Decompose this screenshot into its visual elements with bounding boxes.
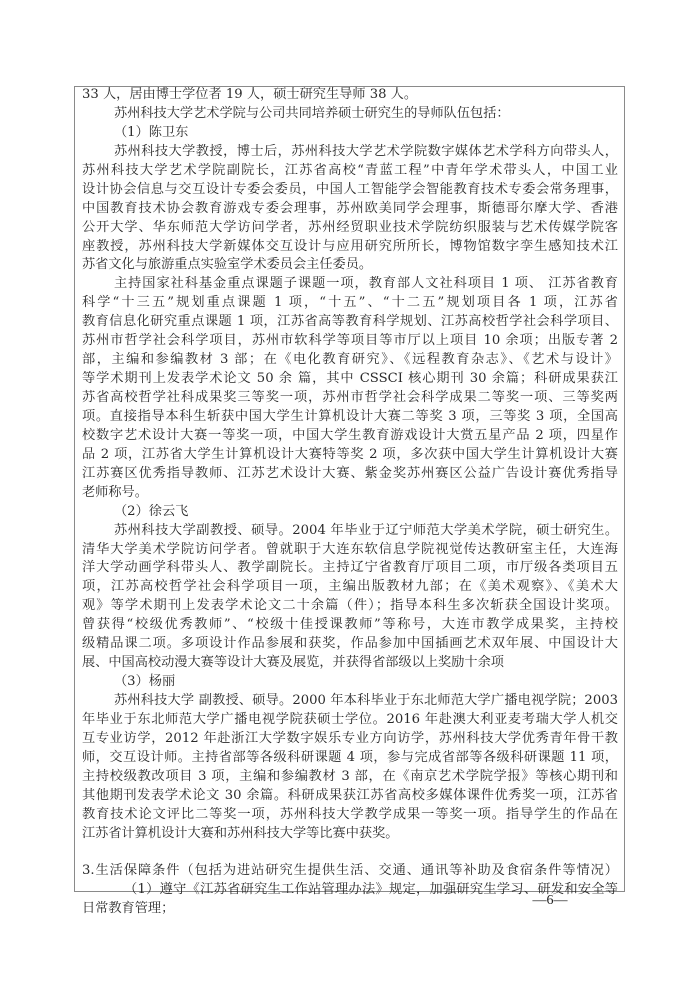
document-body: 33 人，居由博士学位者 19 人，硕士研究生导师 38 人。 苏州科技大学艺术… — [82, 86, 618, 919]
text-line: 校数字艺术设计大赛一等奖一项，中国大学生教育游戏设计大赏五星产品 2 项，四星作 — [82, 427, 618, 446]
text-line: 苏州科技大学副教授、硕导。2004 年毕业于辽宁师范大学美术学院，硕士研究生。 — [82, 522, 618, 541]
section-heading-3: 3.生活保障条件（包括为进站研究生提供生活、交通、通讯等补助及食宿条件等情况） — [82, 862, 618, 881]
text-line: 公开大学、华东师范大学访问学者，苏州经贸职业技术学院纺织服装与艺术传媒学院客 — [82, 219, 618, 238]
text-line: 教育信息化研究重点课题 1 项，江苏省高等教育科学规划、江苏高校哲学社会科学项目… — [82, 313, 618, 332]
text-line: 部，主编和参编教材 3 部；在《电化教育研究》、《远程教育杂志》、《艺术与设计》 — [82, 351, 618, 370]
text-line: 座教授，苏州科技大学新媒体交互设计与应用研究所所长，博物馆数字孪生感知技术江 — [82, 238, 618, 257]
text-line: 互专业访学，2012 年赴浙江大学数字娱乐专业方向访学，苏州科技大学优秀青年骨干… — [82, 730, 618, 749]
text-line: 苏省高校哲学社科成果奖三等奖一项，苏州市哲学社会科学成果二等奖一项、三等奖两 — [82, 389, 618, 408]
page-number: —6— — [520, 893, 580, 909]
text-line: 等学术期刊上发表学术论文 50 余 篇，其中 CSSCI 核心期刊 30 余篇；… — [82, 370, 618, 389]
text-line: 中国教育技术协会教育游戏专委会理事，苏州欧美同学会理事，斯德哥尔摩大学、香港 — [82, 200, 618, 219]
mentor-heading-3: （3）杨丽 — [82, 673, 618, 692]
mentor-heading-1: （1）陈卫东 — [82, 124, 618, 143]
text-line: 苏州科技大学艺术学院与公司共同培养硕士研究生的导师队伍包括： — [82, 105, 618, 124]
text-line: 主持国家社科基金重点课题子课题一项，教育部人文社科项目 1 项、 江苏省教育 — [82, 275, 618, 294]
text-line: 年毕业于东北师范大学广播电视学院获硕士学位。2016 年赴澳大利亚麦考瑞大学人机… — [82, 711, 618, 730]
blank-line — [82, 844, 618, 863]
text-line: 苏州市哲学社会科学项目，苏州市软科学等项目等市厅以上项目 10 余项；出版专著 … — [82, 332, 618, 351]
text-line: 苏州科技大学 副教授、硕导。2000 年本科毕业于东北师范大学广播电视学院；20… — [82, 692, 618, 711]
text-line: 老师称号。 — [82, 484, 618, 503]
text-line: 主持校级教改项目 3 项，主编和参编教材 3 部，在《南京艺术学院学报》等核心期… — [82, 768, 618, 787]
mentor-heading-2: （2）徐云飞 — [82, 503, 618, 522]
text-line: 江苏赛区优秀指导教师、江苏艺术设计大赛、紫金奖苏州赛区公益广告设计赛优秀指导 — [82, 465, 618, 484]
text-line: 其他期刊发表学术论文 30 余篇。科研成果获江苏省高校多媒体课件优秀奖一项，江苏… — [82, 787, 618, 806]
text-line: 级精品课二项。多项设计作品参展和获奖，作品参加中国插画艺术双年展、中国设计大 — [82, 635, 618, 654]
text-line: 项，江苏高校哲学社会科学项目一项，主编出版教材九部；在《美术观察》、《美术大 — [82, 578, 618, 597]
text-line: 设计协会信息与交互设计专委会委员，中国人工智能学会智能教育技术专委会常务理事， — [82, 181, 618, 200]
text-line: 苏州科技大学教授，博士后，苏州科技大学艺术学院数字媒体艺术学科方向带头人， — [82, 143, 618, 162]
text-line: 教育技术论文评比二等奖一项，苏州科技大学教学成果一等奖一项。指导学生的作品在 — [82, 806, 618, 825]
text-line: 品 2 项，江苏省大学生计算机设计大赛特等奖 2 项，多次获中国大学生计算机设计… — [82, 446, 618, 465]
text-line: 洋大学动画学科带头人、教学副院长。主持辽宁省教育厅项目二项，市厅级各类项目五 — [82, 559, 618, 578]
text-line: 苏省文化与旅游重点实验室学术委员会主任委员。 — [82, 256, 618, 275]
text-line: 苏州科技大学艺术学院副院长，江苏省高校“青蓝工程”中青年学术带头人，中国工业 — [82, 162, 618, 181]
text-line: 江苏省计算机设计大赛和苏州科技大学等比赛中获奖。 — [82, 825, 618, 844]
text-line: 清华大学美术学院访问学者。曾就职于大连东软信息学院视觉传达教研室主任，大连海 — [82, 541, 618, 560]
text-line: 项。直接指导本科生斩获中国大学生计算机设计大赛二等奖 3 项，三等奖 3 项，全… — [82, 408, 618, 427]
text-line: 师，交互设计师。主持省部等各级科研课题 4 项，参与完成省部等各级科研课题 11… — [82, 749, 618, 768]
text-line: 展、中国高校动漫大赛等设计大赛及展览，并获得省部级以上奖励十余项 — [82, 654, 618, 673]
text-line: 观》等学术期刊上发表学术论文二十余篇（件）；指导本科生多次斩获全国设计奖项。 — [82, 597, 618, 616]
text-line: 33 人，居由博士学位者 19 人，硕士研究生导师 38 人。 — [82, 86, 618, 105]
text-line: 科学“十三五”规划重点课题 1 项，“十五”、“十二五”规划项目各 1 项，江苏… — [82, 294, 618, 313]
text-line: 曾获得“校级优秀教师”、“校级十佳授课教师”等称号，大连市教学成果奖，主持校 — [82, 616, 618, 635]
